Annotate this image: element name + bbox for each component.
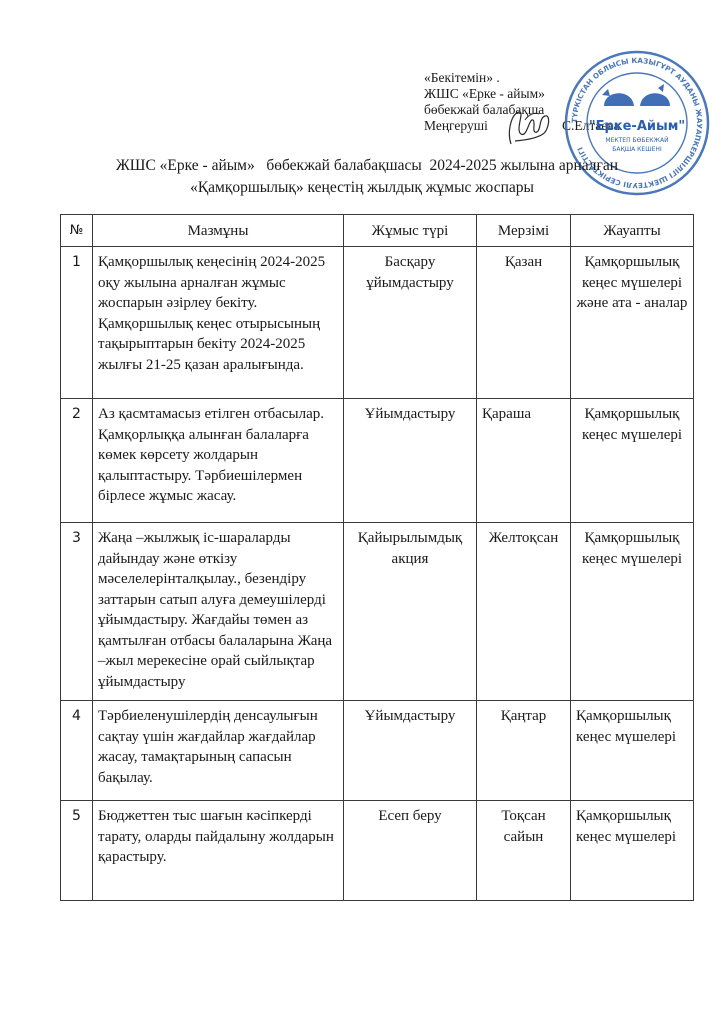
cell-term: Қазан [477,247,571,399]
header-term: Мерзімі [477,215,571,247]
cell-type: Есеп беру [344,801,477,901]
table-row: 3 Жаңа –жылжық іс-шараларды дайындау жән… [61,523,694,701]
header-content: Мазмұны [93,215,344,247]
svg-text:"Ерке-Айым": "Ерке-Айым" [589,119,685,134]
svg-text:МЕКТЕП БӨБЕКЖАЙ: МЕКТЕП БӨБЕКЖАЙ [605,137,668,144]
table-row: 5 Бюджеттен тыс шағын кәсіпкерді тарату,… [61,801,694,901]
header-num: № [61,215,93,247]
cell-content: Тәрбиеленушілердің денсаулығын сақтау үш… [93,701,344,801]
cell-responsible: Қамқоршылық кеңес мүшелері [571,801,694,901]
cell-content: Аз қасмтамасыз етілген отбасылар. Қамқор… [93,399,344,523]
cell-num: 4 [61,701,93,801]
cell-num: 1 [61,247,93,399]
cell-type: Қайырылымдық акция [344,523,477,701]
cell-num: 3 [61,523,93,701]
table-row: 2 Аз қасмтамасыз етілген отбасылар. Қамқ… [61,399,694,523]
table-header-row: № Мазмұны Жұмыс түрі Мерзімі Жауапты [61,215,694,247]
cell-term: Қараша [477,399,571,523]
cell-term: Желтоқсан [477,523,571,701]
document-title-line1: ЖШС «Ерке - айым» бөбекжай балабақшасы 2… [0,155,724,177]
cell-content: Жаңа –жылжық іс-шараларды дайындау және … [93,523,344,701]
cell-type: Ұйымдастыру [344,701,477,801]
cell-responsible: Қамқоршылық кеңес мүшелері және ата - ан… [571,247,694,399]
cell-term: Қаңтар [477,701,571,801]
cell-num: 2 [61,399,93,523]
cell-responsible: Қамқоршылық кеңес мүшелері [571,399,694,523]
header-responsible: Жауапты [571,215,694,247]
work-plan-table: № Мазмұны Жұмыс түрі Мерзімі Жауапты 1 Қ… [60,214,694,901]
cell-responsible: Қамқоршылық кеңес мүшелері [571,523,694,701]
document-title: ЖШС «Ерке - айым» бөбекжай балабақшасы 2… [0,155,724,199]
cell-type: Ұйымдастыру [344,399,477,523]
cell-term: Тоқсан сайын [477,801,571,901]
cell-content: Бюджеттен тыс шағын кәсіпкерді тарату, о… [93,801,344,901]
table-row: 1 Қамқоршылық кеңесінің 2024-2025 оқу жы… [61,247,694,399]
cell-num: 5 [61,801,93,901]
signature-icon [505,108,555,148]
cell-content: Қамқоршылық кеңесінің 2024-2025 оқу жылы… [93,247,344,399]
cell-responsible: Қамқоршылық кеңес мүшелері [571,701,694,801]
document-title-line2: «Қамқоршылық» кеңестің жылдық жұмыс жосп… [0,177,724,199]
svg-text:БАҚША КЕШЕНІ: БАҚША КЕШЕНІ [612,146,662,153]
cell-type: Басқару ұйымдастыру [344,247,477,399]
table-row: 4 Тәрбиеленушілердің денсаулығын сақтау … [61,701,694,801]
header-type: Жұмыс түрі [344,215,477,247]
